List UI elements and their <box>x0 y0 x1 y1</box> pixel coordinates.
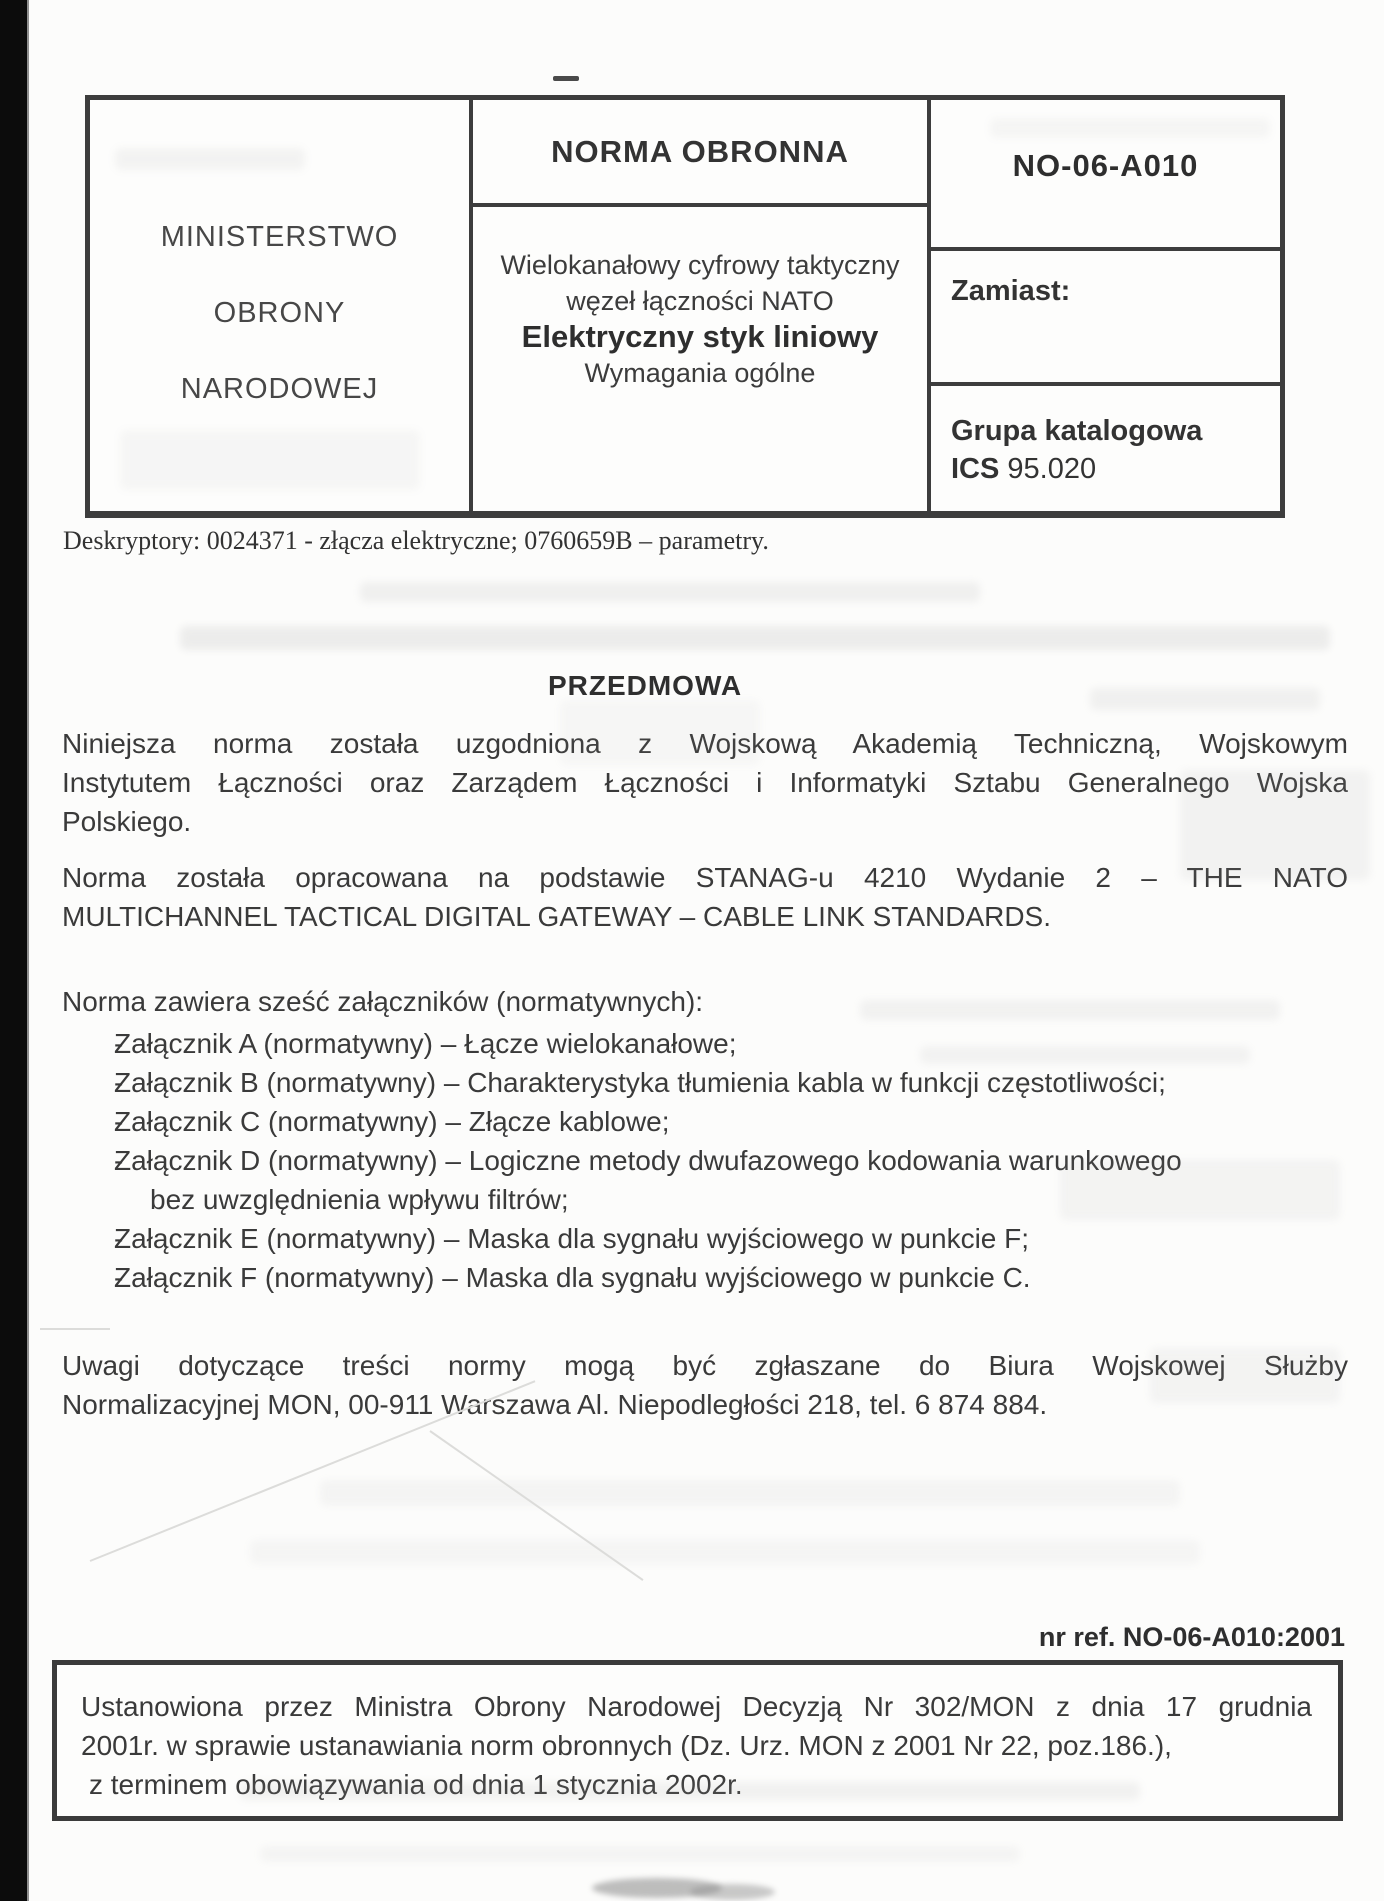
annex-item-text: Załącznik C (normatywny) – Złącze kablow… <box>114 1102 1348 1141</box>
title-line-2: węzeł łączności NATO <box>473 283 927 319</box>
catalog-group-cell: Grupa katalogowa ICS 95.020 <box>931 386 1280 511</box>
annex-item-c: - Załącznik C (normatywny) – Złącze kabl… <box>62 1102 1348 1141</box>
establishment-line: Ustanowiona przez Ministra Obrony Narodo… <box>81 1687 1312 1726</box>
paragraph-line: Norma została opracowana na podstawie ST… <box>62 858 1348 897</box>
bleedthrough-artifact <box>250 1540 1200 1564</box>
title-line-4: Wymagania ogólne <box>473 355 927 391</box>
ics-value: 95.020 <box>1007 453 1096 485</box>
annex-item-text: Załącznik B (normatywny) – Charakterysty… <box>114 1063 1348 1102</box>
bleedthrough-artifact <box>320 1480 1180 1506</box>
standard-title-cell: Wielokanałowy cyfrowy taktyczny węzeł łą… <box>473 207 927 511</box>
establishment-line: 2001r. w sprawie ustanawiania norm obron… <box>81 1726 1312 1765</box>
list-dash-marker: - <box>62 1102 114 1141</box>
bleedthrough-artifact <box>1060 1160 1340 1220</box>
annex-item-f: - Załącznik F (normatywny) – Maska dla s… <box>62 1258 1348 1297</box>
title-column: NORMA OBRONNA Wielokanałowy cyfrowy takt… <box>473 100 931 511</box>
ics-label: ICS <box>951 453 999 485</box>
list-dash-marker: - <box>62 1141 114 1180</box>
bleedthrough-artifact <box>115 148 305 170</box>
foreword-paragraph-2: Norma została opracowana na podstawie ST… <box>62 858 1348 936</box>
annex-item-e: - Załącznik E (normatywny) – Maska dla s… <box>62 1219 1348 1258</box>
list-dash-marker: - <box>62 1063 114 1102</box>
scanned-document-page: MINISTERSTWO OBRONY NARODOWEJ NORMA OBRO… <box>0 0 1384 1901</box>
list-dash-marker: - <box>62 1219 114 1258</box>
ministry-line-1: MINISTERSTWO <box>90 199 469 275</box>
bleedthrough-artifact <box>240 1782 1140 1800</box>
bleedthrough-artifact <box>860 1000 1280 1020</box>
bleedthrough-artifact <box>1180 770 1370 880</box>
scan-mark-artifact <box>553 76 579 81</box>
meta-column: NO-06-A010 Zamiast: Grupa katalogowa ICS… <box>931 100 1280 511</box>
scan-edge-bar-artifact <box>0 0 27 1901</box>
paragraph-line: MULTICHANNEL TACTICAL DIGITAL GATEWAY – … <box>62 897 1348 936</box>
ministry-line-3: NARODOWEJ <box>90 351 469 427</box>
bleedthrough-artifact <box>260 1846 1020 1862</box>
zamiast-cell: Zamiast: <box>931 251 1280 382</box>
bleedthrough-artifact <box>360 582 980 602</box>
bleedthrough-artifact <box>990 118 1270 138</box>
annex-item-text: Załącznik E (normatywny) – Maska dla syg… <box>114 1219 1348 1258</box>
bleedthrough-artifact <box>180 626 1330 650</box>
bleedthrough-artifact <box>1090 688 1320 710</box>
ics-line: ICS 95.020 <box>951 450 1280 488</box>
paragraph-line: Instytutem Łączności oraz Zarządem Łączn… <box>62 763 1348 802</box>
doc-type-cell: NORMA OBRONNA <box>473 100 927 203</box>
scan-smudge-artifact <box>690 1884 775 1900</box>
zamiast-label: Zamiast: <box>951 275 1070 307</box>
bleedthrough-artifact <box>120 430 420 490</box>
bleedthrough-artifact <box>560 700 760 765</box>
reference-number: nr ref. NO-06-A010:2001 <box>1039 1622 1345 1653</box>
descriptors-line: Deskryptory: 0024371 - złącza elektryczn… <box>63 526 769 556</box>
doc-type-label: NORMA OBRONNA <box>551 134 849 170</box>
list-dash-marker: - <box>62 1258 114 1297</box>
title-line-1: Wielokanałowy cyfrowy taktyczny <box>473 247 927 283</box>
annex-item-b: - Załącznik B (normatywny) – Charakterys… <box>62 1063 1348 1102</box>
paragraph-line: Polskiego. <box>62 802 1348 841</box>
doc-number: NO-06-A010 <box>1013 148 1199 183</box>
bleedthrough-artifact <box>1150 1348 1340 1403</box>
title-line-3: Elektryczny styk liniowy <box>473 319 927 355</box>
bleedthrough-artifact <box>920 1046 1250 1064</box>
ministry-line-2: OBRONY <box>90 275 469 351</box>
catalog-group-label: Grupa katalogowa <box>951 412 1280 450</box>
scan-scratch-artifact <box>40 1328 110 1330</box>
list-dash-marker: - <box>62 1024 114 1063</box>
annex-item-text: Załącznik F (normatywny) – Maska dla syg… <box>114 1258 1348 1297</box>
